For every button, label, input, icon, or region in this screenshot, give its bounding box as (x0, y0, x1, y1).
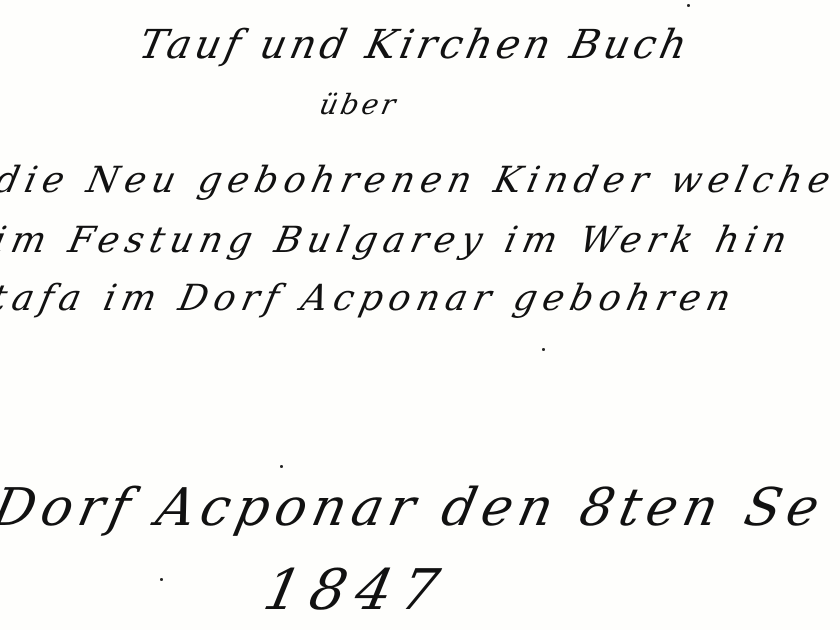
body-line-2: im Festung Bulgarey im Werk hin (0, 220, 796, 261)
ink-speck (542, 348, 545, 351)
document-subtitle: über (316, 88, 401, 121)
handwritten-document-page: Tauf und Kirchen Buch über die Neu geboh… (0, 0, 840, 630)
place-date-line: Dorf Acponar den 8ten Se (0, 478, 830, 538)
ink-speck (687, 4, 690, 7)
document-title: Tauf und Kirchen Buch (135, 22, 695, 68)
body-line-1: die Neu gebohrenen Kinder welche (0, 160, 840, 201)
ink-speck (280, 465, 283, 468)
ink-speck (160, 578, 163, 581)
document-year: 1847 (258, 558, 454, 623)
body-line-3: tafa im Dorf Acponar gebohren (0, 278, 740, 319)
